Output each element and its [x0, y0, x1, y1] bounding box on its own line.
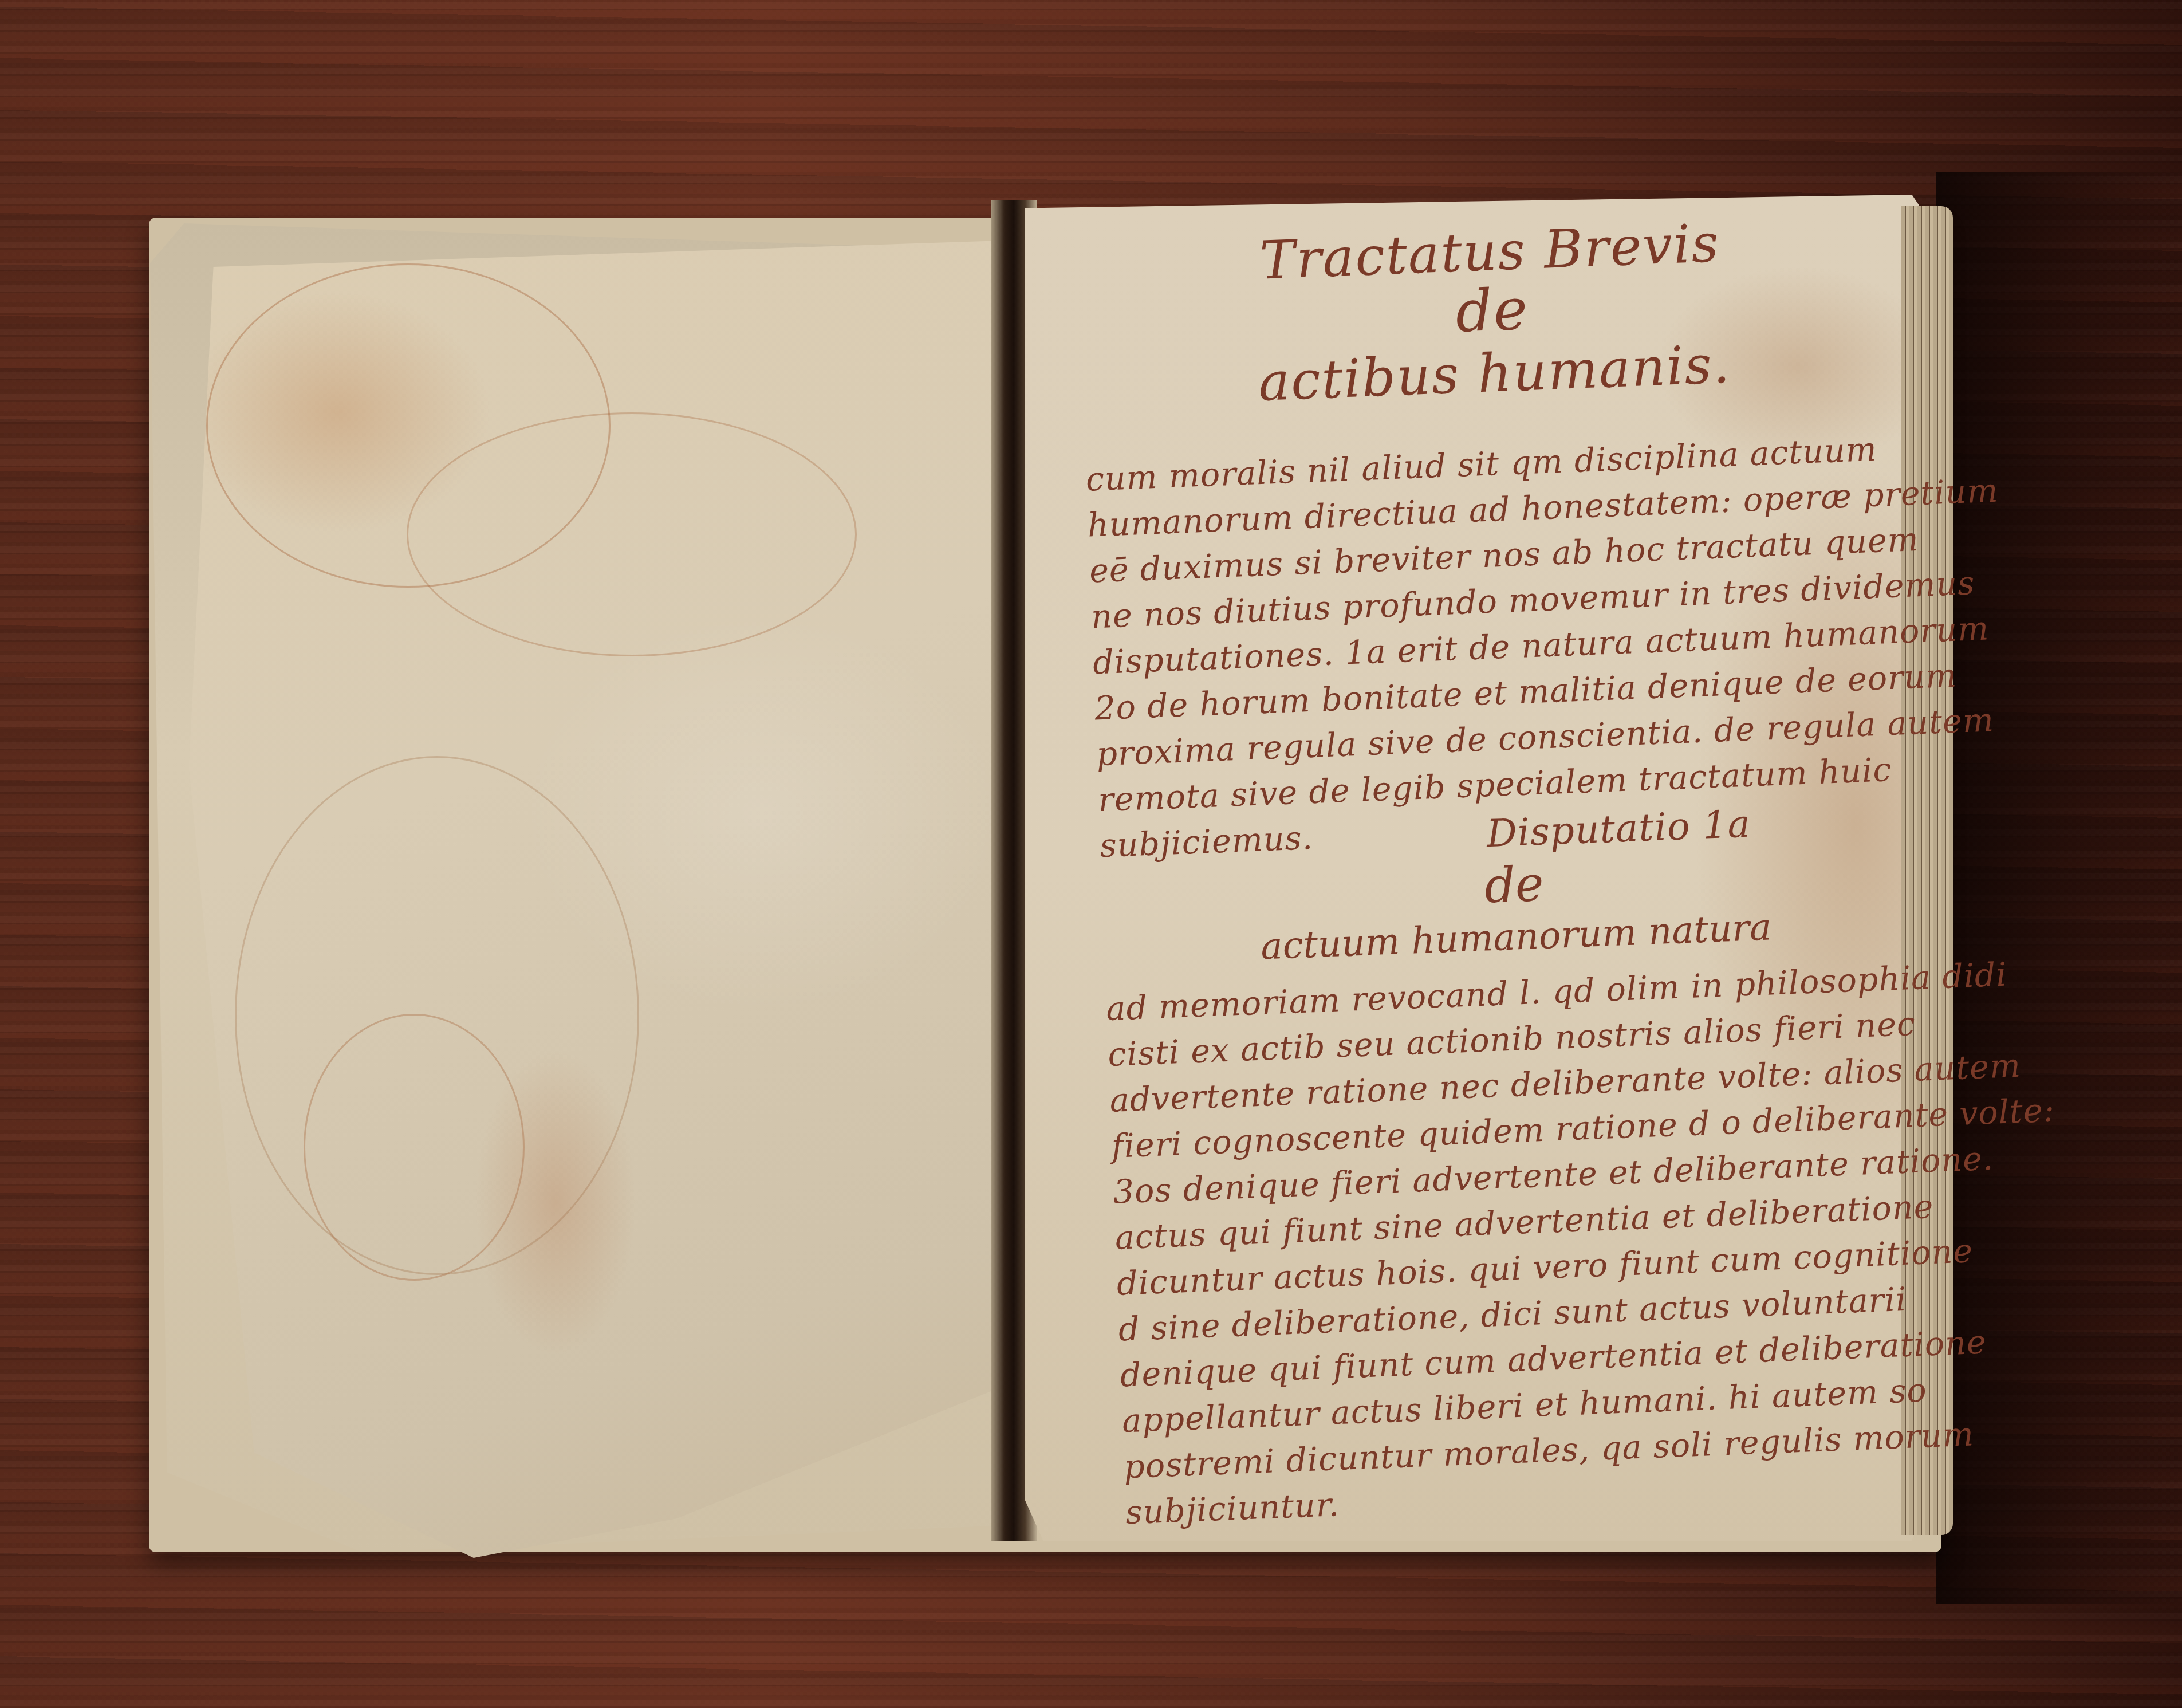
- manuscript-text: Tractatus Brevis de actibus humanis. cum…: [1077, 209, 1951, 1536]
- text-fragment: subjiciemus.: [1099, 815, 1314, 875]
- body-paragraph: ad memoriam revocand l. qd olim in philo…: [1105, 955, 1951, 1536]
- water-stain: [407, 412, 857, 656]
- water-stain: [304, 1014, 525, 1281]
- treatise-title: Tractatus Brevis de actibus humanis.: [1077, 209, 1908, 417]
- left-page-blank: [189, 241, 1002, 1558]
- intro-paragraph: cum moralis nil aliud sit qm disciplina …: [1085, 426, 1925, 875]
- table-shadow: [1936, 172, 2182, 1604]
